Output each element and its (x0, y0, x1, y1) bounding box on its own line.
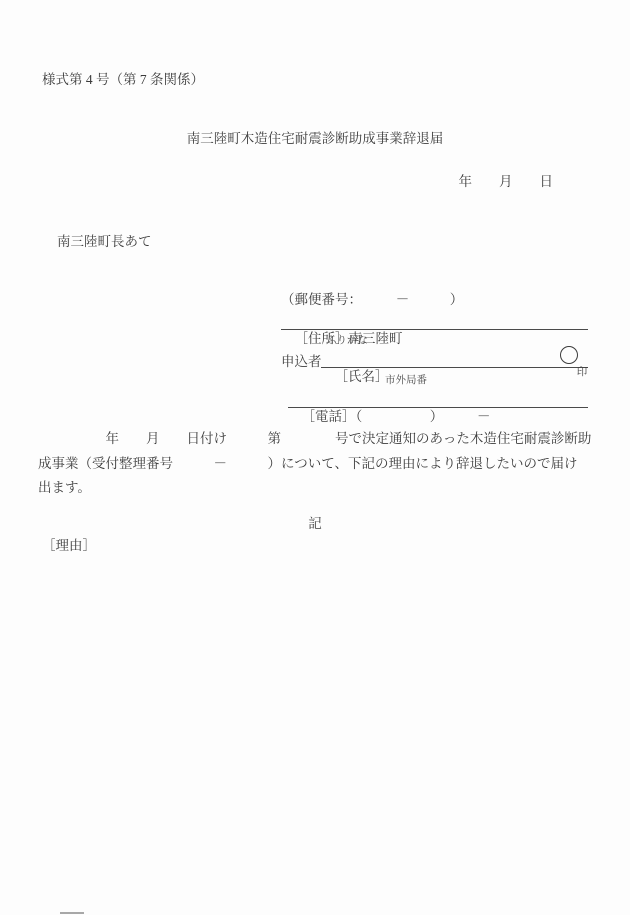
seal-character: 印 (577, 367, 588, 378)
document-page: 様式第 4 号（第 7 条関係） 南三陸町木造住宅耐震診断助成事業辞退届 年 月… (0, 0, 630, 915)
name-field-label: ［氏名］ (335, 369, 389, 384)
seal-icon: 印 (560, 346, 578, 364)
body-line-2: 成事業（受付整理番号 － ）について、下記の理由により辞退したいので届け (38, 452, 594, 477)
applicant-prefix: 申込者 (281, 350, 322, 370)
body-paragraph: 年 月 日付け 第 号で決定通知のあった木造住宅耐震診断助 成事業（受付整理番号… (38, 427, 594, 501)
addressee-line: 南三陸町長あて (57, 230, 152, 250)
phone-field: ［電話］（ ） － (288, 389, 588, 408)
date-blank-line: 年 月 日 (459, 170, 554, 190)
area-code-label: 市外局番 (385, 372, 427, 387)
form-number: 様式第 4 号（第 7 条関係） (42, 68, 204, 88)
page-bottom-artifact (60, 912, 84, 914)
phone-field-label: ［電話］（ ） － (302, 409, 491, 424)
address-field: ［住所］南三陸町 (281, 311, 588, 330)
record-heading: 記 (0, 512, 630, 532)
document-title: 南三陸町木造住宅耐震診断助成事業辞退届 (0, 127, 630, 147)
body-line-3: 出ます。 (38, 476, 594, 501)
name-field: ［氏名］ 印 (321, 349, 588, 368)
reason-label: ［理由］ (42, 534, 96, 554)
furigana-label: ふりがな (326, 332, 368, 347)
body-line-1: 年 月 日付け 第 号で決定通知のあった木造住宅耐震診断助 (38, 427, 594, 452)
postal-code-field: （郵便番号： － ） (281, 288, 463, 308)
